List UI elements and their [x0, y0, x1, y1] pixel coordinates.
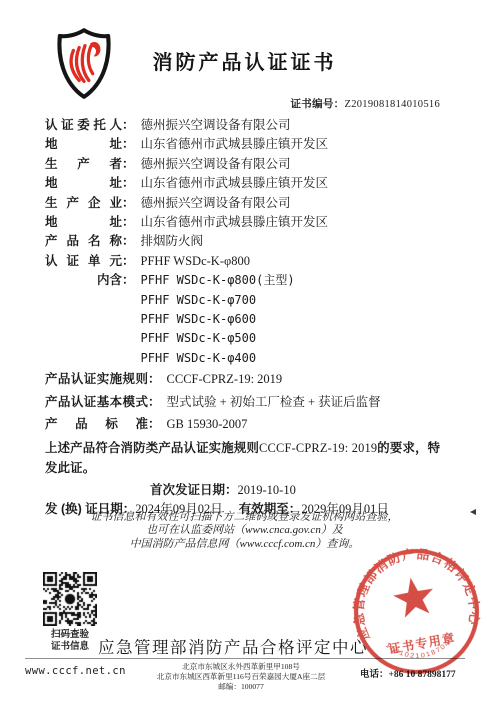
- statement-rule-code: CCCF-CPRZ-19: 2019: [259, 441, 377, 455]
- field-colon: ：: [122, 254, 135, 268]
- field-value: 排烟防火阀: [141, 234, 204, 248]
- field-value: 山东省德州市武城县滕庄镇开发区: [141, 176, 329, 190]
- conformity-statement: 上述产品符合消防类产品认证实施规则CCCF-CPRZ-19: 2019的要求，特…: [45, 438, 451, 479]
- qr-code: [43, 572, 97, 626]
- certificate-field-row: 产品名称：排烟防火阀: [45, 232, 451, 251]
- included-model-row: 内含：PFHF WSDc-K-φ800(主型): [45, 271, 451, 290]
- issuing-org-name: 应急管理部消防产品合格评定中心: [88, 634, 378, 658]
- page-title: 消防产品认证证书: [0, 50, 489, 76]
- rule-colon: ：: [148, 372, 161, 386]
- included-colon: ：: [122, 273, 135, 287]
- field-label: 生产企业: [45, 194, 122, 213]
- field-value: PFHF WSDc-K-φ800: [141, 254, 250, 268]
- field-value: 德州振兴空调设备有限公司: [141, 118, 291, 132]
- notice-line: 证书信息和有效性可扫描下方二维码或登录发证机构网站查验，: [0, 511, 489, 524]
- rule-row: 产品标准：GB 15930-2007: [45, 413, 451, 435]
- certificate-number-value: Z2019081814010516: [344, 99, 440, 110]
- field-label: 产品名称: [45, 232, 122, 251]
- field-label: 地址: [45, 135, 122, 154]
- model-code: PFHF WSDc-K-φ600: [141, 312, 257, 326]
- certificate-seal: 应急管理部消防产品合格评定中心 证书专用章 1101021018704: [335, 530, 489, 693]
- address-line: 北京市东城区永外西革新里甲108号: [118, 662, 364, 672]
- model-code: PFHF WSDc-K-φ500: [141, 331, 257, 345]
- rule-value: GB 15930-2007: [167, 417, 248, 431]
- certificate-page: 消防产品认证证书 证书编号：Z2019081814010516 认证委托人：德州…: [0, 0, 489, 711]
- address-line: 北京市东城区西革新里116号百荣嘉园大厦A座二层: [118, 672, 364, 682]
- field-label: 认证单元: [45, 252, 122, 271]
- model-code: PFHF WSDc-K-φ400: [141, 351, 257, 365]
- field-label: 地址: [45, 213, 122, 232]
- rule-label: 产品标准: [45, 413, 148, 435]
- certificate-fields: 认证委托人：德州振兴空调设备有限公司 地址：山东省德州市武城县滕庄镇开发区 生产…: [45, 116, 451, 520]
- field-colon: ：: [122, 196, 135, 210]
- certificate-number: 证书编号：Z2019081814010516: [290, 96, 440, 111]
- first-issue-date-row: 首次发证日期：2019-10-10: [45, 481, 451, 501]
- certificate-field-row: 地址：山东省德州市武城县滕庄镇开发区: [45, 213, 451, 232]
- certificate-number-label: 证书编号：: [290, 99, 344, 110]
- seal-ring: [346, 541, 486, 681]
- included-model-row: 内含：PFHF WSDc-K-φ400: [45, 349, 451, 368]
- rule-row: 产品认证基本模式：型式试验 + 初始工厂检查 + 获证后监督: [45, 391, 451, 413]
- rule-colon: ：: [148, 395, 161, 409]
- scan-artifact-mark: [470, 509, 476, 515]
- field-colon: ：: [122, 215, 135, 229]
- included-label: 内含: [45, 271, 122, 290]
- certificate-field-row: 生产者：德州振兴空调设备有限公司: [45, 155, 451, 174]
- notice-line: 也可在认监委网站（www.cnca.gov.cn）及: [0, 524, 489, 537]
- address-line: 邮编：100077: [118, 682, 364, 692]
- field-colon: ：: [122, 118, 135, 132]
- certification-rules: 产品认证实施规则：CCCF-CPRZ-19: 2019 产品认证基本模式：型式试…: [45, 368, 451, 435]
- rule-row: 产品认证实施规则：CCCF-CPRZ-19: 2019: [45, 368, 451, 390]
- field-value: 山东省德州市武城县滕庄镇开发区: [141, 137, 329, 151]
- rule-label: 产品认证基本模式: [45, 391, 148, 413]
- model-code: PFHF WSDc-K-φ700: [141, 293, 257, 307]
- field-value: 德州振兴空调设备有限公司: [141, 196, 291, 210]
- included-model-row: 内含：PFHF WSDc-K-φ700: [45, 291, 451, 310]
- field-colon: ：: [122, 176, 135, 190]
- field-label: 地址: [45, 174, 122, 193]
- field-label: 生产者: [45, 155, 122, 174]
- included-model-row: 内含：PFHF WSDc-K-φ600: [45, 310, 451, 329]
- footer-website: www.cccf.net.cn: [25, 665, 126, 677]
- rule-label: 产品认证实施规则: [45, 368, 148, 390]
- included-model-row: 内含：PFHF WSDc-K-φ500: [45, 329, 451, 348]
- rule-colon: ：: [148, 417, 161, 431]
- rule-value: CCCF-CPRZ-19: 2019: [167, 372, 283, 386]
- certificate-field-row: 地址：山东省德州市武城县滕庄镇开发区: [45, 135, 451, 154]
- certificate-field-row: 认证单元：PFHF WSDc-K-φ800: [45, 252, 451, 271]
- certificate-field-row: 地址：山东省德州市武城县滕庄镇开发区: [45, 174, 451, 193]
- field-colon: ：: [122, 157, 135, 171]
- first-issue-value: 2019-10-10: [238, 483, 296, 497]
- field-colon: ：: [122, 137, 135, 151]
- field-label: 认证委托人: [45, 116, 122, 135]
- certificate-field-row: 生产企业：德州振兴空调设备有限公司: [45, 194, 451, 213]
- seal-star-icon: [391, 574, 437, 619]
- rule-value: 型式试验 + 初始工厂检查 + 获证后监督: [167, 395, 381, 409]
- first-issue-label: 首次发证日期：: [150, 483, 238, 497]
- field-colon: ：: [122, 234, 135, 248]
- statement-prefix: 上述产品符合消防类产品认证实施规则: [45, 441, 259, 455]
- field-value: 德州振兴空调设备有限公司: [141, 157, 291, 171]
- field-value: 山东省德州市武城县滕庄镇开发区: [141, 215, 329, 229]
- certificate-field-row: 认证委托人：德州振兴空调设备有限公司: [45, 116, 451, 135]
- footer-address: 北京市东城区永外西革新里甲108号 北京市东城区西革新里116号百荣嘉园大厦A座…: [118, 662, 364, 691]
- model-code: PFHF WSDc-K-φ800(主型): [141, 273, 295, 287]
